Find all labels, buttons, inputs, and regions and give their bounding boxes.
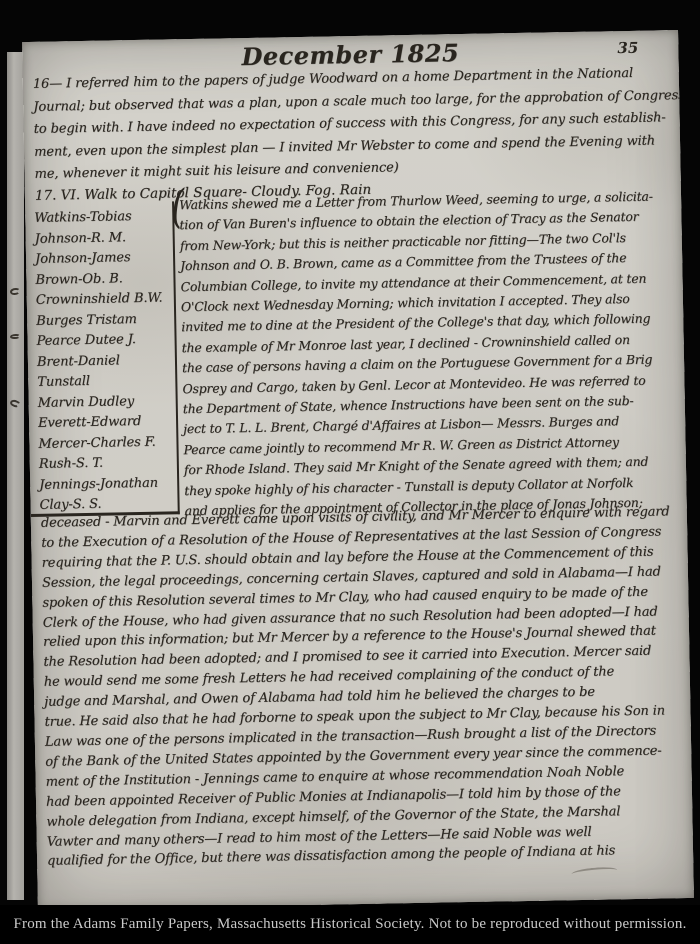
entry-17-text-column: ( Watkins shewed me a Letter from Thurlo…: [179, 186, 685, 522]
stray-ink-mark: [10, 288, 20, 295]
brace-mark: (: [171, 180, 185, 234]
visitor-name-list: Watkins-Tobias Johnson-R. M. Johnson-Jam…: [25, 201, 180, 517]
visitor-name: Johnson-R. M.: [35, 227, 173, 250]
visitor-name: Crowninshield B.W.: [36, 288, 174, 311]
visitor-name: Pearce Dutee J.: [36, 329, 174, 352]
visitor-name: Watkins-Tobias: [34, 206, 172, 229]
stray-ink-mark: [10, 334, 20, 339]
stray-ink-mark: [9, 398, 21, 409]
visitor-name: Rush-S. T.: [39, 452, 177, 475]
adjacent-page-edge: [7, 52, 24, 900]
diary-entry-16: 16— I referred him to the papers of judg…: [33, 62, 673, 186]
visitor-name: Everett-Edward: [38, 411, 176, 434]
entry-17-text-full-width: deceased - Marvin and Everett came upon …: [41, 502, 687, 872]
archive-credit-band: From the Adams Family Papers, Massachuse…: [0, 905, 700, 944]
visitor-name: Brown-Ob. B.: [35, 268, 173, 291]
visitor-name: Tunstall: [37, 370, 175, 393]
visitor-name: Johnson-James: [35, 247, 173, 270]
visitor-name: Burges Tristam: [36, 309, 174, 332]
visitor-name: Marvin Dudley: [38, 391, 176, 414]
visitor-name: Brent-Daniel: [37, 350, 175, 373]
visitor-name: Jennings-Jonathan: [39, 473, 177, 496]
pencil-squiggle-mark: [571, 866, 618, 879]
footer-credit: From the Adams Family Papers, Massachuse…: [13, 916, 686, 933]
page-number: 35: [617, 39, 638, 57]
visitor-name: Mercer-Charles F.: [38, 432, 176, 455]
manuscript-page: December 1825 35 16— I referred him to t…: [22, 30, 694, 910]
